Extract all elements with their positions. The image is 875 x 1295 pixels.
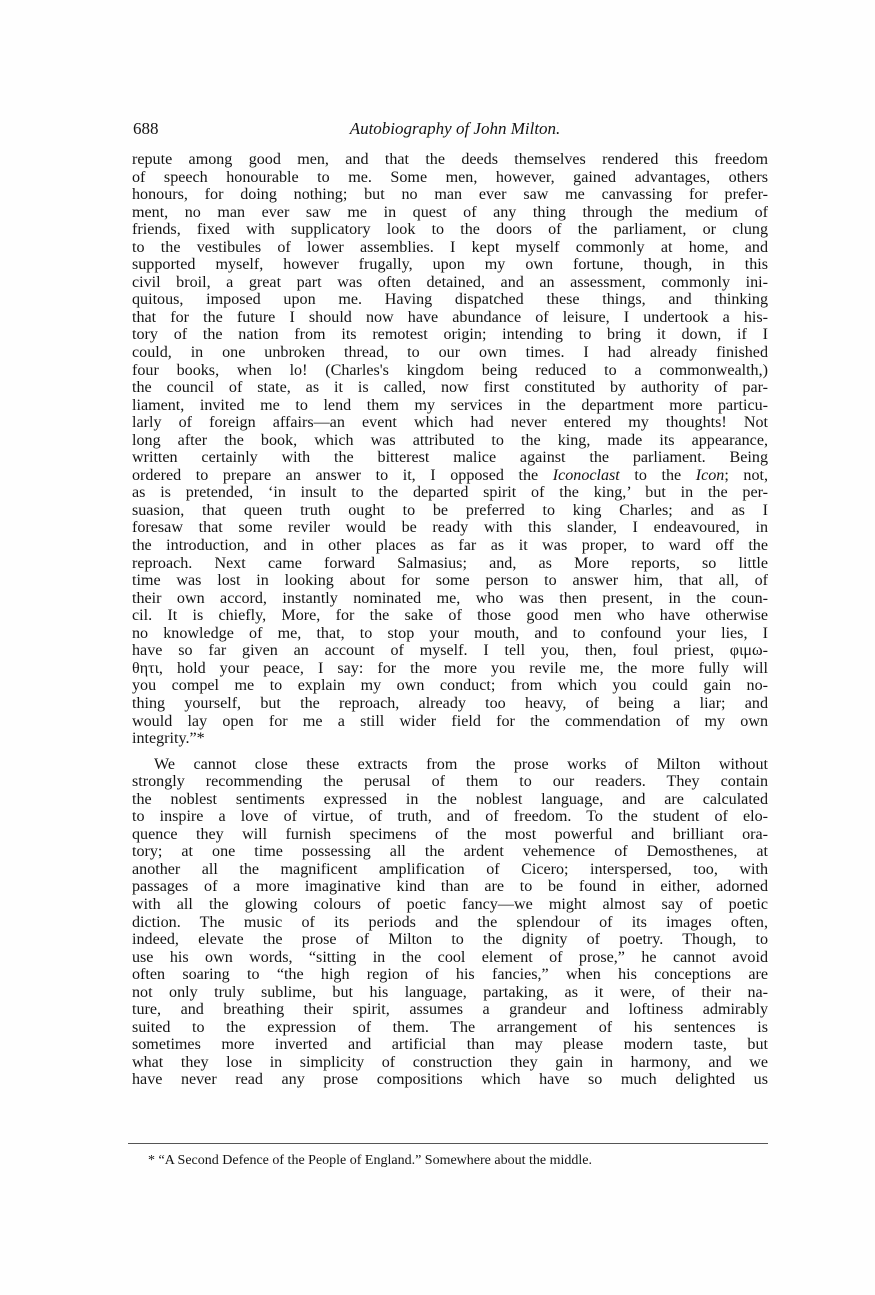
text-run: ; not, xyxy=(724,467,768,484)
text-line: long after the book, which was attribute… xyxy=(132,432,768,450)
text-line: diction. The music of its periods and th… xyxy=(132,914,768,932)
text-line: repute among good men, and that the deed… xyxy=(132,151,768,169)
text-line: no knowledge of me, that, to stop your m… xyxy=(132,625,768,643)
text-line: We cannot close these extracts from the … xyxy=(132,756,768,774)
text-line: suasion, that queen truth ought to be pr… xyxy=(132,502,768,520)
text-run: ordered to prepare an answer to it, I op… xyxy=(132,467,553,484)
text-line: liament, invited me to lend them my serv… xyxy=(132,397,768,415)
text-line: you compel me to explain my own conduct;… xyxy=(132,677,768,695)
running-title: Autobiography of John Milton. xyxy=(132,118,768,140)
text-line: of speech honourable to me. Some men, ho… xyxy=(132,169,768,187)
text-line: supported myself, however frugally, upon… xyxy=(132,256,768,274)
text-run: to the xyxy=(620,467,696,484)
text-line: indeed, elevate the prose of Milton to t… xyxy=(132,931,768,949)
text-line: have never read any prose compositions w… xyxy=(132,1071,768,1089)
text-line: cil. It is chiefly, More, for the sake o… xyxy=(132,607,768,625)
text-line: that for the future I should now have ab… xyxy=(132,309,768,327)
text-line: honours, for doing nothing; but no man e… xyxy=(132,186,768,204)
text-line: the introduction, and in other places as… xyxy=(132,537,768,555)
text-line: what they lose in simplicity of construc… xyxy=(132,1054,768,1072)
text-line: foresaw that some reviler would be ready… xyxy=(132,519,768,537)
body-text: repute among good men, and that the deed… xyxy=(132,151,768,1089)
text-line: the council of state, as it is called, n… xyxy=(132,379,768,397)
text-line: to inspire a love of virtue, of truth, a… xyxy=(132,808,768,826)
text-line: quence they will furnish specimens of th… xyxy=(132,826,768,844)
text-line: suited to the expression of them. The ar… xyxy=(132,1019,768,1037)
text-line: civil broil, a great part was often deta… xyxy=(132,274,768,292)
text-line: the noblest sentiments expressed in the … xyxy=(132,791,768,809)
text-line: friends, fixed with supplicatory look to… xyxy=(132,221,768,239)
text-line: larly of foreign affairs—an event which … xyxy=(132,414,768,432)
book-title-iconoclast: Iconoclast xyxy=(553,467,620,484)
text-line: quitous, imposed upon me. Having dispatc… xyxy=(132,291,768,309)
text-line: use his own words, “sitting in the cool … xyxy=(132,949,768,967)
text-line: ture, and breathing their spirit, assume… xyxy=(132,1001,768,1019)
text-line: four books, when lo! (Charles's kingdom … xyxy=(132,362,768,380)
text-line: integrity.”* xyxy=(132,730,768,748)
text-line-iconoclast: ordered to prepare an answer to it, I op… xyxy=(132,467,768,485)
paragraph-1: repute among good men, and that the deed… xyxy=(132,151,768,748)
text-line: as is pretended, ‘in insult to the depar… xyxy=(132,484,768,502)
text-line: their own accord, instantly nominated me… xyxy=(132,590,768,608)
text-line: time was lost in looking about for some … xyxy=(132,572,768,590)
text-line: with all the glowing colours of poetic f… xyxy=(132,896,768,914)
paragraph-2: We cannot close these extracts from the … xyxy=(132,756,768,1089)
paragraph-gap xyxy=(132,748,768,756)
text-line: thing yourself, but the reproach, alread… xyxy=(132,695,768,713)
text-line: often soaring to “the high region of his… xyxy=(132,966,768,984)
text-line: reproach. Next came forward Salmasius; a… xyxy=(132,555,768,573)
book-page: 688 Autobiography of John Milton. repute… xyxy=(0,0,875,1295)
book-title-icon: Icon xyxy=(696,467,725,484)
text-line: written certainly with the bitterest mal… xyxy=(132,449,768,467)
text-line: would lay open for me a still wider fiel… xyxy=(132,713,768,731)
footnote: * “A Second Defence of the People of Eng… xyxy=(148,1152,768,1170)
footnote-divider xyxy=(128,1143,768,1144)
text-line: θητι, hold your peace, I say: for the mo… xyxy=(132,660,768,678)
text-line: sometimes more inverted and artificial t… xyxy=(132,1036,768,1054)
text-line: could, in one unbroken thread, to our ow… xyxy=(132,344,768,362)
text-line: strongly recommending the perusal of the… xyxy=(132,773,768,791)
text-line: ment, no man ever saw me in quest of any… xyxy=(132,204,768,222)
running-head: 688 Autobiography of John Milton. xyxy=(132,118,768,140)
text-line: passages of a more imaginative kind than… xyxy=(132,878,768,896)
text-line: to the vestibules of lower assemblies. I… xyxy=(132,239,768,257)
text-line: tory of the nation from its remotest ori… xyxy=(132,326,768,344)
text-line: tory; at one time possessing all the ard… xyxy=(132,843,768,861)
text-line: another all the magnificent amplificatio… xyxy=(132,861,768,879)
text-line: have so far given an account of myself. … xyxy=(132,642,768,660)
text-line: not only truly sublime, but his language… xyxy=(132,984,768,1002)
